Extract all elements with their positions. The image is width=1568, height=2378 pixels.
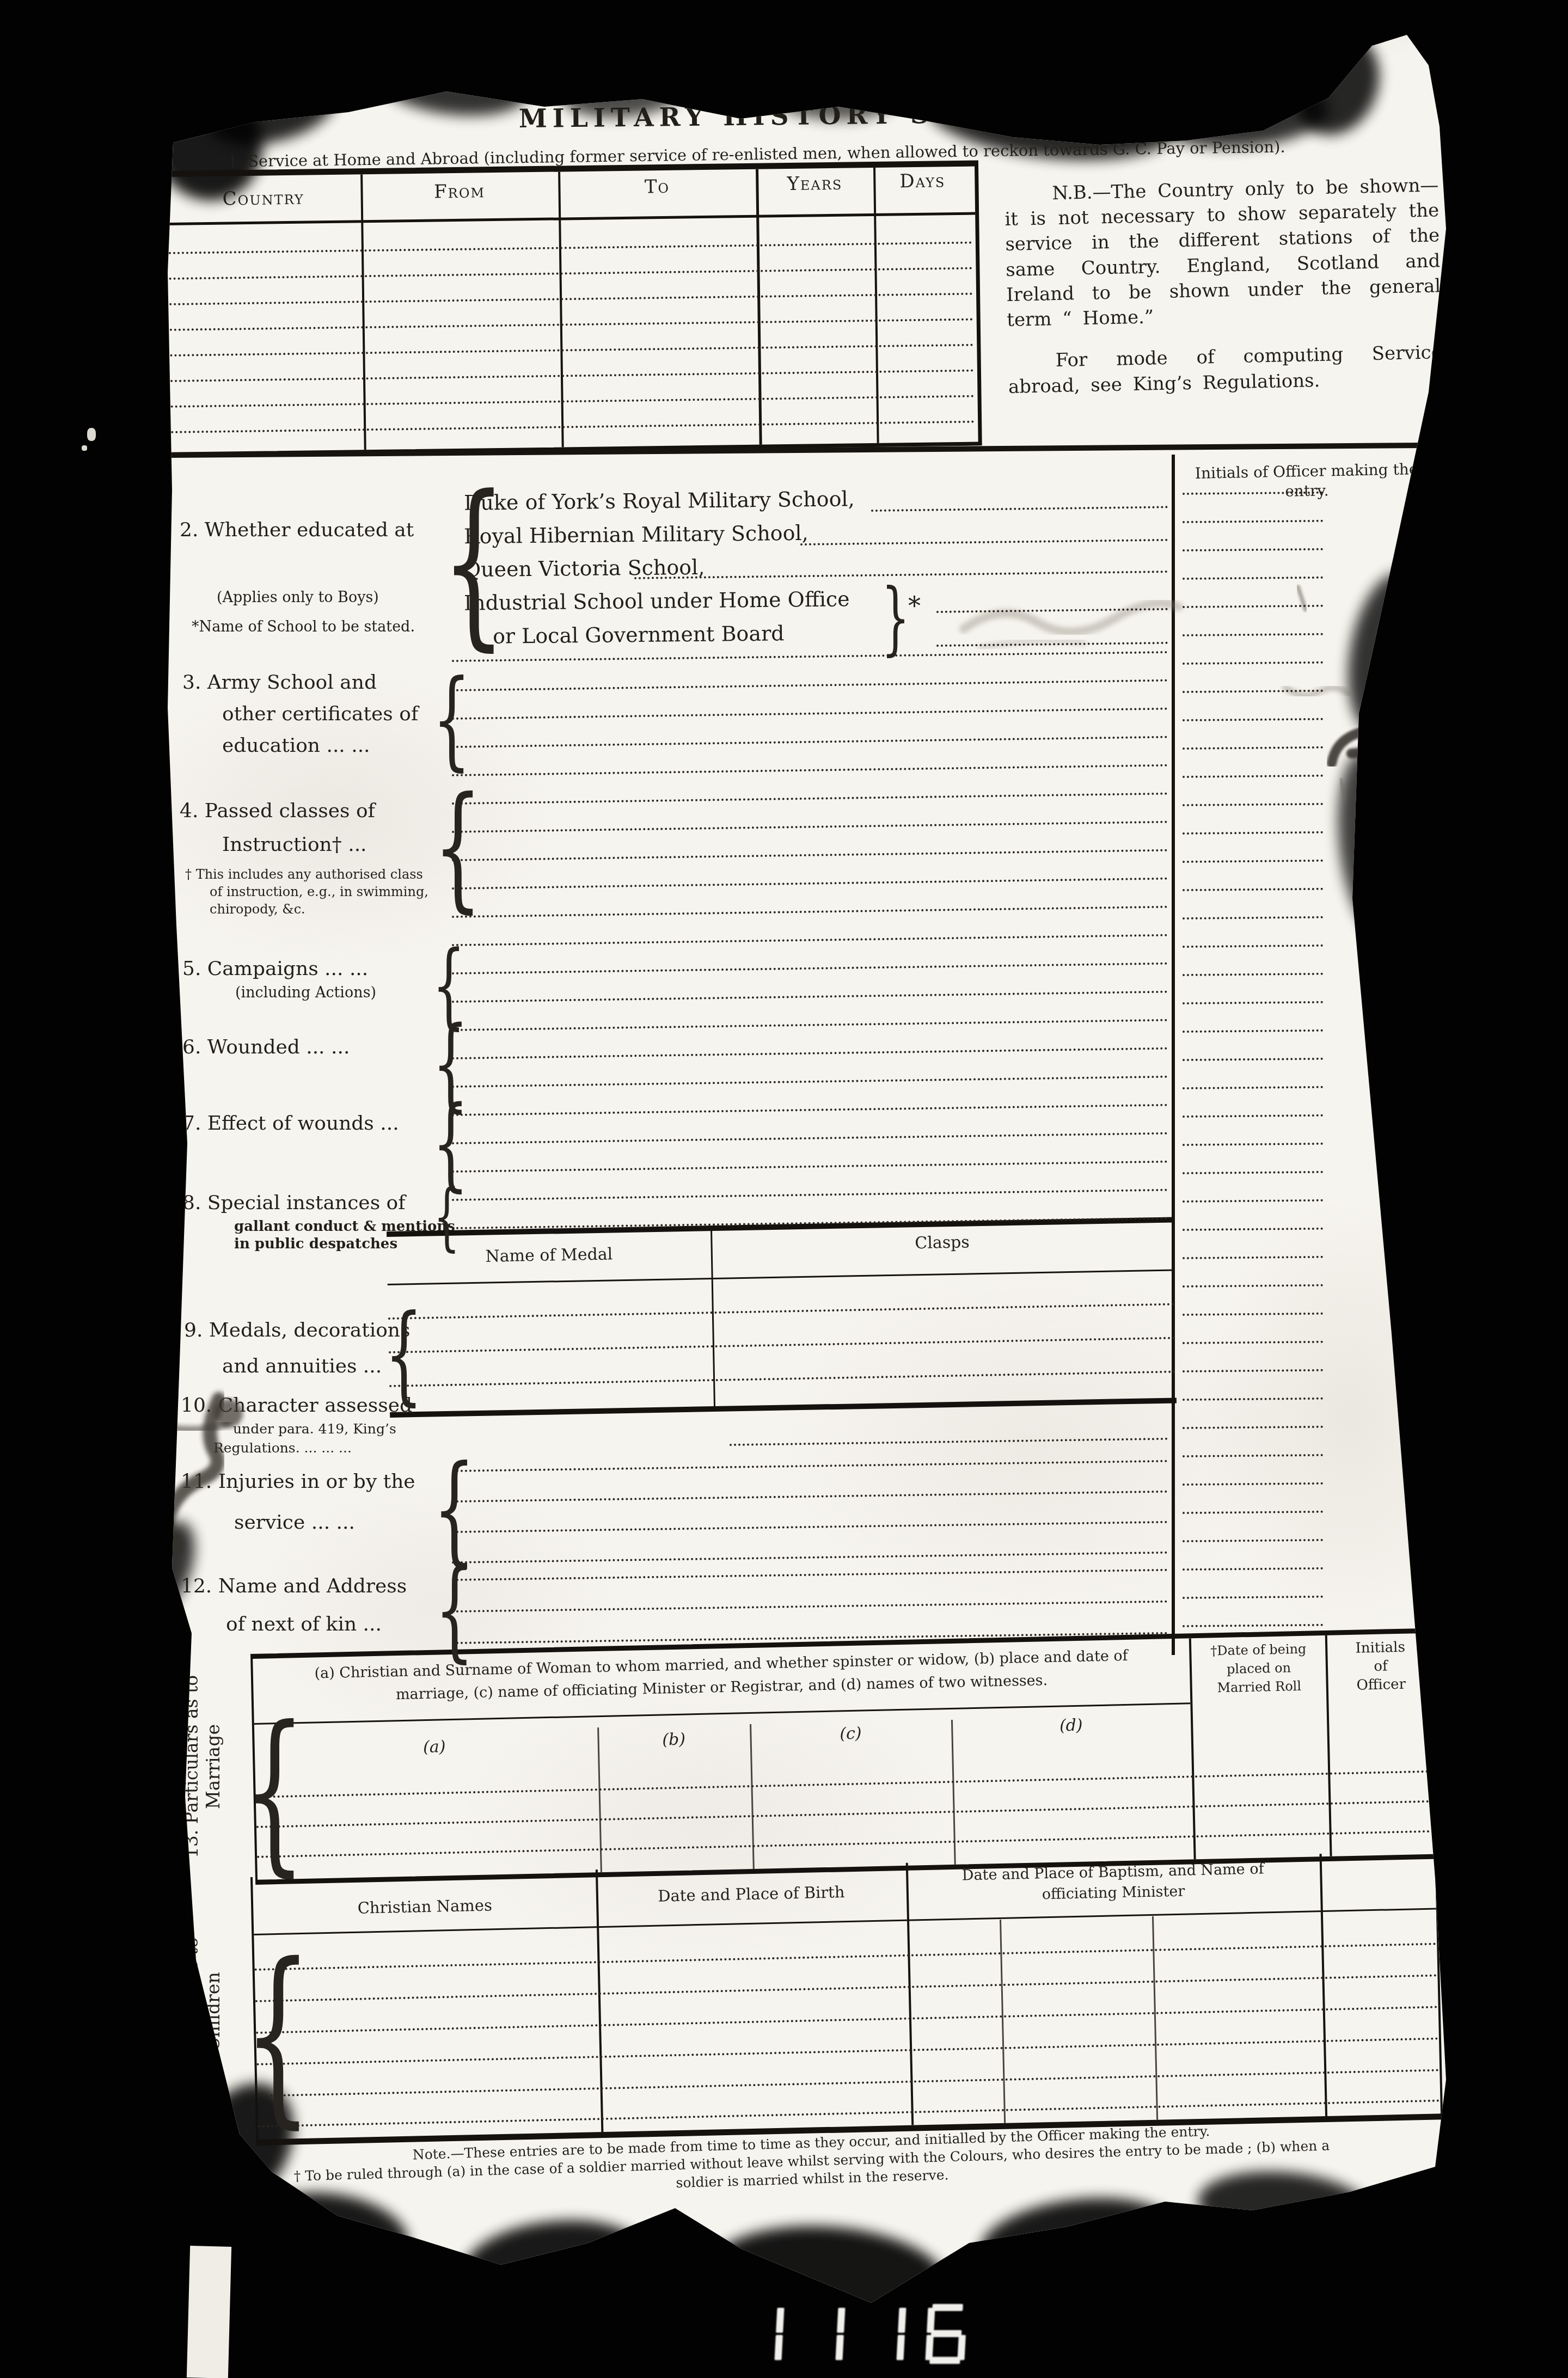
dotted-rule	[1183, 577, 1323, 580]
dotted-rule	[1183, 1199, 1323, 1203]
dotted-rule	[1183, 1086, 1323, 1089]
dotted-rule	[1183, 746, 1323, 750]
school-option: Industrial School under Home Office	[464, 587, 850, 616]
digit-segment	[837, 2308, 845, 2333]
curly-brace: {	[384, 1300, 423, 1407]
dotted-rule	[452, 708, 1168, 720]
dotted-rule	[452, 679, 1168, 691]
section-4-line: Instruction† ...	[222, 833, 367, 856]
initials-column-header: Initials of Officer making the entry.	[1181, 459, 1432, 504]
children-column-divider	[596, 1870, 604, 2132]
dotted-rule	[452, 1189, 1168, 1201]
dotted-rule	[452, 1521, 1168, 1533]
dotted-rule	[452, 821, 1168, 833]
officer-initials-header: Officer	[1328, 1676, 1434, 1695]
nb-paragraph-2: For mode of computing Service abroad, se…	[1007, 340, 1443, 400]
dotted-rule	[170, 370, 974, 382]
section-12-line: 12. Name and Address	[181, 1574, 407, 1598]
dotted-rule	[1183, 888, 1323, 891]
dotted-rule	[256, 2006, 1438, 2033]
column-header-years: Years	[756, 168, 874, 215]
dotted-rule	[452, 934, 1168, 946]
dotted-rule	[1183, 775, 1323, 778]
school-option: or Local Government Board	[493, 621, 785, 649]
section-4-footnote: chiropody, &c.	[210, 902, 305, 917]
children-side-label-line: Children	[203, 1884, 224, 2140]
torn-edge-shadow	[976, 2188, 1180, 2293]
dotted-rule	[1183, 661, 1323, 665]
section-11-line: service ... ...	[234, 1511, 355, 1534]
dotted-rule	[800, 539, 1168, 546]
curly-brace: {	[243, 1704, 306, 1879]
dotted-rule	[452, 1019, 1168, 1031]
scanned-page-background: { "header": { "title": "MILITARY HISTORY…	[0, 0, 1568, 2378]
dotted-rule	[871, 506, 1168, 512]
torn-edge-shadow	[1330, 749, 1414, 940]
dotted-rule	[1183, 860, 1323, 863]
seven-segment-digit	[742, 2304, 785, 2364]
subcolumn-label-b: (b)	[597, 1729, 750, 1751]
scan-speck	[87, 428, 96, 441]
curly-brace: {	[434, 1555, 474, 1664]
dotted-rule	[1183, 548, 1323, 551]
torn-edge-shadow	[459, 2212, 652, 2318]
children-column-header: Date and Place of Birth	[596, 1881, 907, 1907]
dotted-rule	[1183, 633, 1323, 636]
dotted-rule	[1183, 1369, 1323, 1372]
digit-segment	[776, 2308, 784, 2333]
digit-segment	[932, 2304, 963, 2311]
subcolumn-label-a: (a)	[287, 1735, 581, 1761]
married-roll-header: Married Roll	[1192, 1678, 1326, 1696]
officer-initials-header: of	[1328, 1657, 1434, 1676]
frame-number	[744, 2304, 966, 2364]
dotted-rule	[1183, 1596, 1323, 1599]
dotted-rule	[1183, 1256, 1323, 1259]
dotted-rule	[1183, 1228, 1323, 1231]
dotted-rule	[1183, 1426, 1323, 1429]
dotted-rule	[256, 2037, 1439, 2065]
section-5-line: 5. Campaigns ... ...	[182, 957, 368, 980]
children-table: Christian Names Date and Place of Birth …	[250, 1851, 1443, 2145]
dotted-rule	[171, 421, 975, 433]
dotted-rule	[1183, 1624, 1323, 1627]
digit-segment	[927, 2308, 935, 2333]
section-2-label: 2. Whether educated at	[180, 518, 414, 542]
dotted-rule	[452, 906, 1168, 918]
dotted-rule	[452, 963, 1168, 975]
dotted-rule	[936, 608, 1168, 613]
digit-segment	[931, 2330, 962, 2337]
dotted-rule	[1183, 1398, 1323, 1401]
curly-brace: {	[442, 473, 507, 653]
dotted-rule	[1183, 1171, 1323, 1174]
seven-segment-digit	[864, 2304, 906, 2364]
torn-edge-shadow	[126, 1513, 206, 1622]
section-6-line: 6. Wounded ... ...	[182, 1035, 350, 1059]
torn-edge-shadow	[1337, 566, 1440, 740]
section-12-line: of next of kin ...	[226, 1613, 382, 1636]
digit-segment	[774, 2335, 782, 2360]
dotted-rule	[389, 1337, 1175, 1353]
initials-column-divider	[1172, 455, 1175, 1655]
dotted-rule	[1183, 1058, 1323, 1061]
section-10-line: 10. Character assessed	[181, 1394, 412, 1417]
dotted-rule	[1183, 520, 1323, 523]
dotted-rule	[1183, 1454, 1323, 1457]
curly-brace: {	[432, 665, 471, 773]
section-8-note: in public despatches	[234, 1236, 397, 1253]
asterisk-mark: *	[908, 591, 921, 621]
dotted-rule	[258, 2069, 1440, 2097]
digit-segment	[896, 2335, 904, 2360]
marriage-side-label-line: 13. Particulars as to	[181, 1639, 203, 1895]
dotted-rule	[452, 1569, 1168, 1581]
dotted-rule	[452, 849, 1168, 861]
children-side-label-line: Particulars as to	[181, 1884, 203, 2140]
dotted-rule	[1183, 1284, 1323, 1288]
scan-speck	[82, 445, 87, 451]
dotted-rule	[452, 1047, 1168, 1059]
dotted-rule	[1183, 1511, 1323, 1514]
dotted-rule	[257, 1830, 1440, 1858]
dotted-rule	[452, 1076, 1168, 1088]
section-3-line: education ... ...	[222, 734, 370, 757]
dotted-rule	[388, 1303, 1175, 1319]
dotted-rule	[452, 1161, 1168, 1173]
dotted-rule	[1183, 1482, 1323, 1486]
dotted-rule	[1183, 1341, 1323, 1344]
section-5-note: (including Actions)	[235, 984, 376, 1002]
dotted-rule	[171, 395, 975, 408]
section-8-line: 8. Special instances of	[182, 1191, 406, 1215]
dotted-rule	[1183, 1539, 1323, 1542]
dotted-rule	[452, 991, 1168, 1003]
curly-brace: }	[881, 578, 910, 658]
service-table: Country From To Years Days	[163, 160, 982, 456]
dotted-rule	[1183, 973, 1323, 976]
section-4-footnote: † This includes any authorised class	[185, 867, 423, 882]
digit-segment	[929, 2357, 960, 2364]
page-title: MILITARY HISTORY SHEET.	[414, 97, 1155, 136]
dotted-rule	[452, 1460, 1168, 1472]
section-4-line: 4. Passed classes of	[180, 799, 375, 823]
dotted-rule	[1183, 1313, 1323, 1316]
document-paper: MILITARY HISTORY SHEET. 1. Service at Ho…	[0, 0, 1568, 2378]
column-header-to: To	[558, 169, 756, 218]
children-column-header: Christian Names	[253, 1893, 597, 1920]
dotted-rule	[1183, 1114, 1323, 1118]
children-column-divider	[1320, 1854, 1328, 2116]
section-10-note: Regulations. ... ... ...	[213, 1440, 352, 1456]
subcolumn-label-c: (c)	[750, 1722, 952, 1746]
dotted-rule	[452, 1132, 1168, 1144]
dotted-rule	[169, 267, 973, 280]
dotted-rule	[1183, 1143, 1323, 1146]
column-header-country: Country	[166, 174, 361, 223]
dotted-rule	[936, 642, 1168, 647]
dotted-rule	[1183, 1001, 1323, 1004]
adjacent-page-strip	[187, 2246, 231, 2378]
seven-segment-digit	[925, 2304, 967, 2364]
dotted-rule	[452, 1104, 1168, 1116]
officer-initials-header: Initials	[1327, 1639, 1434, 1658]
column-header-days: Days	[873, 167, 972, 213]
clasps-column-header: Clasps	[710, 1229, 1174, 1258]
medal-table: Name of Medal Clasps	[387, 1217, 1177, 1418]
dotted-rule	[1183, 916, 1323, 920]
dotted-rule	[256, 1770, 1438, 1798]
section-4-footnote: of instruction, e.g., in swimming,	[210, 884, 428, 900]
dotted-rule	[452, 651, 1168, 662]
dotted-rule	[255, 1942, 1437, 1970]
dotted-rule	[452, 764, 1168, 776]
section-2-note-2: *Name of School to be stated.	[192, 618, 415, 636]
marriage-table: (a) Christian and Surname of Woman to wh…	[250, 1628, 1442, 1884]
nb-paragraph-1: N.B.—The Country only to be shown—it is …	[1004, 173, 1442, 333]
married-roll-header: placed on	[1192, 1659, 1326, 1678]
seven-segment-digit	[803, 2304, 846, 2364]
dotted-rule	[169, 293, 973, 305]
dotted-rule	[255, 1974, 1438, 2002]
dotted-rule	[1183, 1029, 1323, 1033]
children-side-label: Particulars as to Children	[181, 1884, 224, 2140]
section-7-line: 7. Effect of wounds ...	[182, 1112, 399, 1135]
dotted-rule	[1183, 803, 1323, 806]
dotted-rule	[256, 1800, 1439, 1828]
dotted-rule	[170, 344, 973, 357]
marriage-subcolumn-divider	[951, 1720, 956, 1865]
dotted-rule	[170, 318, 973, 331]
section-10-note: under para. 419, King’s	[233, 1421, 396, 1437]
dotted-rule	[169, 242, 972, 254]
digit-segment	[898, 2308, 906, 2333]
dotted-rule	[389, 1370, 1176, 1387]
school-option: Duke of York’s Royal Military School,	[464, 487, 855, 516]
curly-brace: {	[433, 1180, 460, 1254]
dotted-rule	[1183, 1567, 1323, 1571]
dotted-rule	[452, 793, 1168, 805]
marriage-side-label: 13. Particulars as to Marriage	[181, 1639, 224, 1895]
column-header-from: From	[360, 172, 559, 220]
children-subcolumn-divider	[1152, 1916, 1158, 2120]
subcolumn-label-d: (d)	[951, 1713, 1191, 1738]
nb-note: N.B.—The Country only to be shown—it is …	[1004, 173, 1443, 399]
marriage-side-label-line: Marriage	[203, 1639, 224, 1895]
section-9-line: 9. Medals, decorations	[184, 1319, 411, 1342]
section-9-line: and annuities ...	[222, 1355, 382, 1378]
dotted-rule	[730, 1438, 1168, 1446]
dotted-rule	[452, 878, 1168, 890]
married-roll-header: †Date of being	[1191, 1641, 1326, 1659]
dotted-rule	[1183, 718, 1323, 721]
torn-edge-shadow	[1195, 2165, 1375, 2250]
children-subcolumn-divider	[1000, 1920, 1006, 2123]
digit-segment	[957, 2335, 965, 2360]
curly-brace: {	[243, 1939, 313, 2130]
dotted-rule	[1183, 605, 1323, 608]
dotted-rule	[452, 1601, 1168, 1613]
section-3-line: 3. Army School and	[182, 671, 377, 694]
medal-header-underline	[388, 1270, 1174, 1285]
dotted-rule	[452, 1491, 1168, 1503]
section-2-note-1: (Applies only to Boys)	[217, 589, 379, 606]
dotted-rule	[1183, 831, 1323, 835]
dotted-rule	[1183, 945, 1323, 948]
dotted-rule	[452, 1552, 1168, 1564]
school-option: Royal Hibernian Military School,	[464, 521, 808, 549]
section-3-line: other certificates of	[222, 702, 418, 726]
section-11-line: 11. Injuries in or by the	[181, 1470, 415, 1493]
dotted-rule	[1183, 690, 1323, 693]
dotted-rule	[452, 736, 1168, 748]
digit-segment	[835, 2335, 843, 2360]
curly-brace: {	[433, 780, 482, 915]
